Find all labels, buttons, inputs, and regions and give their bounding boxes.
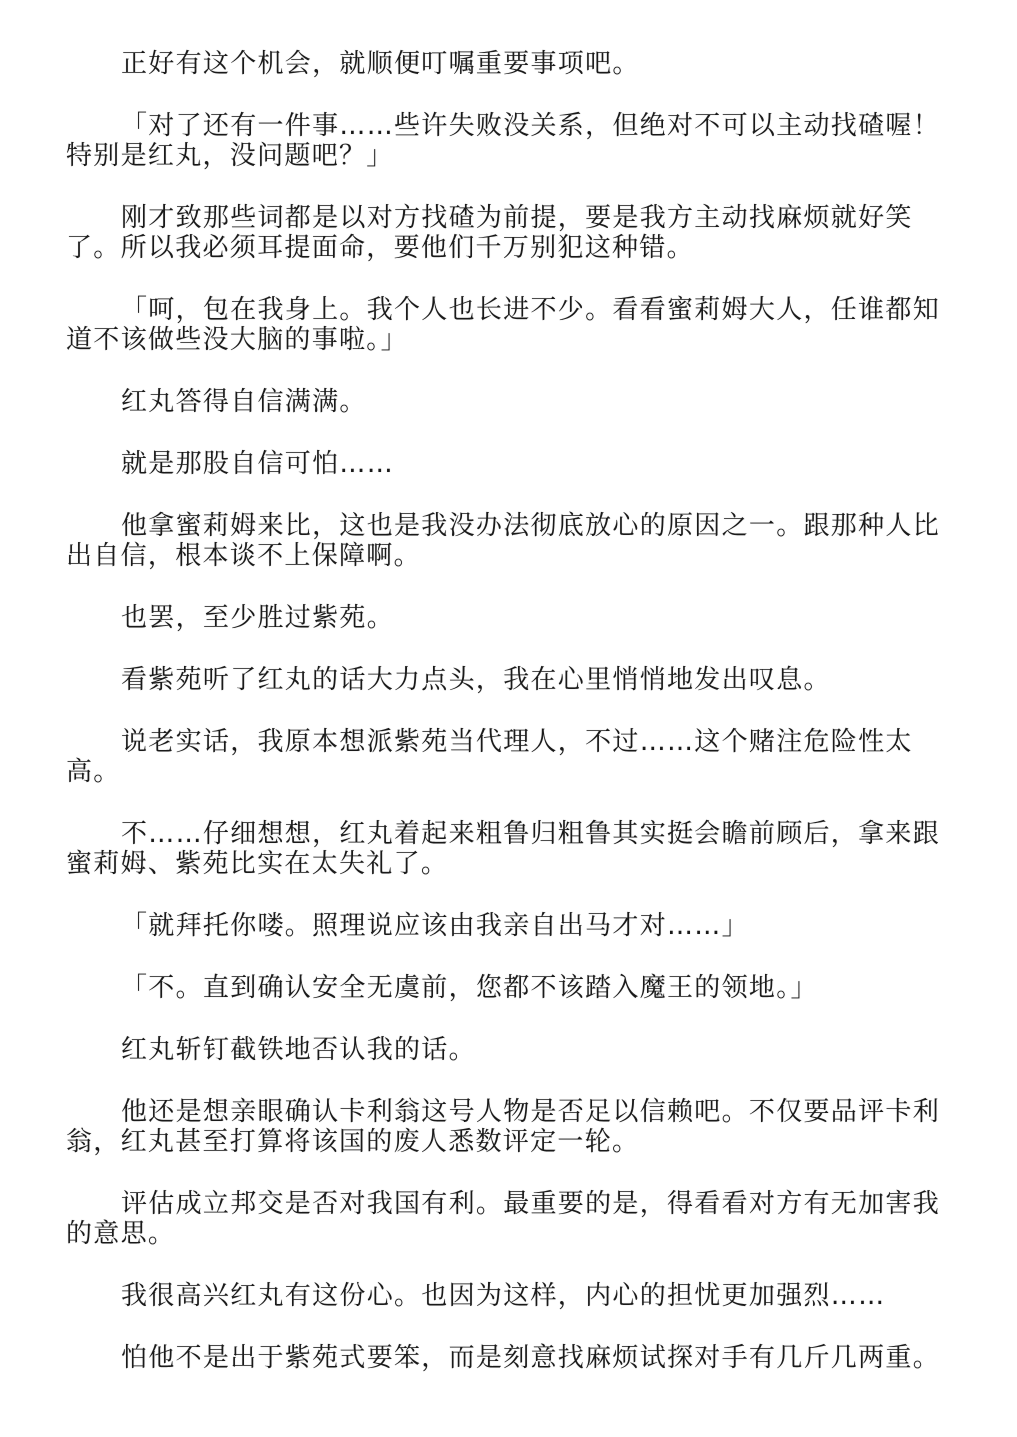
paragraph-narration: 说老实话，我原本想派紫苑当代理人，不过……这个赌注危险性太高。 <box>66 727 946 787</box>
paragraph-dialogue: 「呵，包在我身上。我个人也长进不少。看看蜜莉姆大人，任谁都知道不该做些没大脑的事… <box>66 295 946 355</box>
paragraph-narration: 红丸斩钉截铁地否认我的话。 <box>66 1035 946 1065</box>
paragraph-dialogue: 「不。直到确认安全无虞前，您都不该踏入魔王的领地。」 <box>66 973 946 1003</box>
paragraph-narration: 他拿蜜莉姆来比，这也是我没办法彻底放心的原因之一。跟那种人比出自信，根本谈不上保… <box>66 511 946 571</box>
paragraph-narration: 不……仔细想想，红丸着起来粗鲁归粗鲁其实挺会瞻前顾后，拿来跟蜜莉姆、紫苑比实在太… <box>66 819 946 879</box>
paragraph-narration: 红丸答得自信满满。 <box>66 387 946 417</box>
paragraph-dialogue: 「就拜托你喽。照理说应该由我亲自出马才对……」 <box>66 911 946 941</box>
paragraph-narration: 刚才致那些词都是以对方找碴为前提，要是我方主动找麻烦就好笑了。所以我必须耳提面命… <box>66 203 946 263</box>
paragraph-narration: 他还是想亲眼确认卡利翁这号人物是否足以信赖吧。不仅要品评卡利翁，红丸甚至打算将该… <box>66 1097 946 1157</box>
paragraph-narration: 看紫苑听了红丸的话大力点头，我在心里悄悄地发出叹息。 <box>66 665 946 695</box>
paragraph-narration: 评估成立邦交是否对我国有利。最重要的是，得看看对方有无加害我的意思。 <box>66 1189 946 1249</box>
paragraph-narration: 也罢，至少胜过紫苑。 <box>66 603 946 633</box>
paragraph-narration: 怕他不是出于紫苑式要笨，而是刻意找麻烦试探对手有几斤几两重。 <box>66 1343 946 1373</box>
paragraph-narration: 正好有这个机会，就顺便叮嘱重要事项吧。 <box>66 49 946 79</box>
document-page: 正好有这个机会，就顺便叮嘱重要事项吧。 「对了还有一件事……些许失败没关系，但绝… <box>66 49 946 1405</box>
paragraph-narration: 就是那股自信可怕…… <box>66 449 946 479</box>
paragraph-narration: 我很高兴红丸有这份心。也因为这样，内心的担忧更加强烈…… <box>66 1281 946 1311</box>
paragraph-dialogue: 「对了还有一件事……些许失败没关系，但绝对不可以主动找碴喔！特别是红丸，没问题吧… <box>66 111 946 171</box>
